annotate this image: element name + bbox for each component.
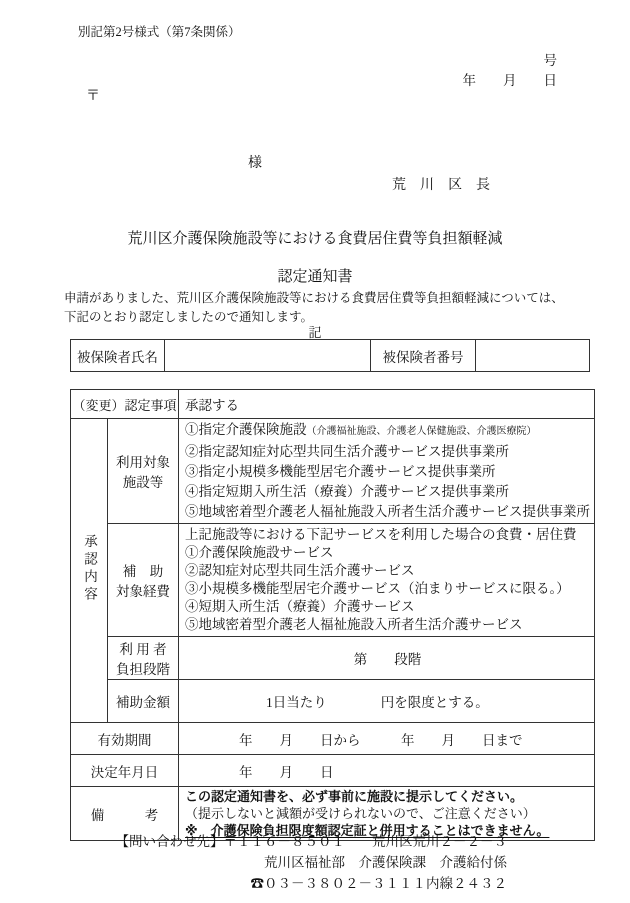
contact-address-line: 【問い合わせ先】〒１１６－８５０１ 荒川区荒川２－２－３ <box>116 831 508 852</box>
expense-intro: 上記施設等における下記サービスを利用した場合の食費・居住費 <box>185 526 590 544</box>
notification-document: 別記第2号様式（第7条関係） 号 年 月 日 〒 様 荒 川 区 長 荒川区介護… <box>0 0 630 903</box>
document-title-line1: 荒川区介護保険施設等における食費居住費等負担額軽減 <box>0 227 630 248</box>
facility-label: 利用対象 施設等 <box>108 419 179 524</box>
table-row-facility: 承認内容 利用対象 施設等 ①指定介護保険施設（介護福祉施設、介護老人保健施設、… <box>71 419 595 524</box>
table-row: 被保険者氏名 被保険者番号 <box>71 340 590 372</box>
contact-footer: 【問い合わせ先】〒１１６－８５０１ 荒川区荒川２－２－３ 荒川区福祉部 介護保険… <box>116 831 508 894</box>
facility-item-3: ③指定小規模多機能型居宅介護サービス提供事業所 <box>185 462 590 482</box>
phone-icon: ☎ <box>251 876 265 891</box>
facility-item-5: ⑤地域密着型介護老人福祉施設入所者生活介護サービス提供事業所 <box>185 502 590 522</box>
validity-period-value: 年 月 日から 年 月 日まで <box>179 723 595 755</box>
expense-label: 補 助 対象経費 <box>108 524 179 637</box>
remarks-line-1: この認定通知書を、必ず事前に施設に提示してください。 <box>185 788 590 805</box>
burden-level-label: 利 用 者 負担段階 <box>108 637 179 680</box>
insured-name-label: 被保険者氏名 <box>71 340 165 372</box>
document-number-line: 号 <box>544 49 558 69</box>
document-title-line2: 認定通知書 <box>0 265 630 286</box>
expense-item-4: ④短期入所生活（療養）介護サービス <box>185 598 590 616</box>
body-line1: 申請がありました、荒川区介護保険施設等における食費居住費等負担額軽減については、 <box>64 289 584 308</box>
certification-detail-table: （変更）認定事項 承認する 承認内容 利用対象 施設等 ①指定介護保険施設（介護… <box>70 389 595 841</box>
subsidy-amount-label: 補助金額 <box>108 680 179 723</box>
burden-level-value: 第 段階 <box>179 637 595 680</box>
approval-content-header: 承認内容 <box>71 419 108 723</box>
table-row-burden-level: 利 用 者 負担段階 第 段階 <box>71 637 595 680</box>
approval-content-vertical-text: 承認内容 <box>79 534 99 604</box>
form-code: 別記第2号様式（第7条関係） <box>78 22 241 40</box>
facility-item-4: ④指定短期入所生活（療養）介護サービス提供事業所 <box>185 482 590 502</box>
table-row-subsidy-amount: 補助金額 1日当たり 円を限度とする。 <box>71 680 595 723</box>
table-row-certification: （変更）認定事項 承認する <box>71 390 595 419</box>
insured-person-table: 被保険者氏名 被保険者番号 <box>70 339 590 372</box>
contact-phone-line: ☎０３－３８０２－３１１１内線２４３２ <box>116 873 508 894</box>
certification-label: （変更）認定事項 <box>71 390 179 419</box>
sender-name: 荒 川 区 長 <box>392 174 490 194</box>
table-row-validity-period: 有効期間 年 月 日から 年 月 日まで <box>71 723 595 755</box>
insured-number-label: 被保険者番号 <box>371 340 476 372</box>
expense-item-5: ⑤地域密着型介護老人福祉施設入所者生活介護サービス <box>185 616 590 634</box>
insured-name-value <box>165 340 371 372</box>
facility-item-2: ②指定認知症対応型共同生活介護サービス提供事業所 <box>185 442 590 462</box>
contact-department-line: 荒川区福祉部 介護保険課 介護給付係 <box>116 852 508 873</box>
decision-date-value: 年 月 日 <box>179 755 595 787</box>
table-row-decision-date: 決定年月日 年 月 日 <box>71 755 595 787</box>
expense-item-1: ①介護保険施設サービス <box>185 544 590 562</box>
phone-number: ０３－３８０２－３１１１内線２４３２ <box>264 876 507 891</box>
subsidy-amount-value: 1日当たり 円を限度とする。 <box>179 680 595 723</box>
expense-list: 上記施設等における下記サービスを利用した場合の食費・居住費 ①介護保険施設サービ… <box>179 524 595 637</box>
table-row-expense: 補 助 対象経費 上記施設等における下記サービスを利用した場合の食費・居住費 ①… <box>71 524 595 637</box>
certification-value: 承認する <box>179 390 595 419</box>
facility-item-1-note: （介護福祉施設、介護老人保健施設、介護医療院） <box>307 426 537 437</box>
facility-list: ①指定介護保険施設（介護福祉施設、介護老人保健施設、介護医療院） ②指定認知症対… <box>179 419 595 524</box>
decision-date-label: 決定年月日 <box>71 755 179 787</box>
postal-mark: 〒 <box>86 85 100 105</box>
expense-item-3: ③小規模多機能型居宅介護サービス（泊まりサービスに限る。） <box>185 580 590 598</box>
validity-period-label: 有効期間 <box>71 723 179 755</box>
insured-number-value <box>476 340 590 372</box>
issue-date-line: 年 月 日 <box>463 69 558 89</box>
facility-item-1: ①指定介護保険施設（介護福祉施設、介護老人保健施設、介護医療院） <box>185 420 590 442</box>
addressee-suffix: 様 <box>248 152 262 172</box>
remarks-line-2: （提示しないと減額が受けられないので、ご注意ください） <box>185 805 590 822</box>
expense-item-2: ②認知症対応型共同生活介護サービス <box>185 562 590 580</box>
